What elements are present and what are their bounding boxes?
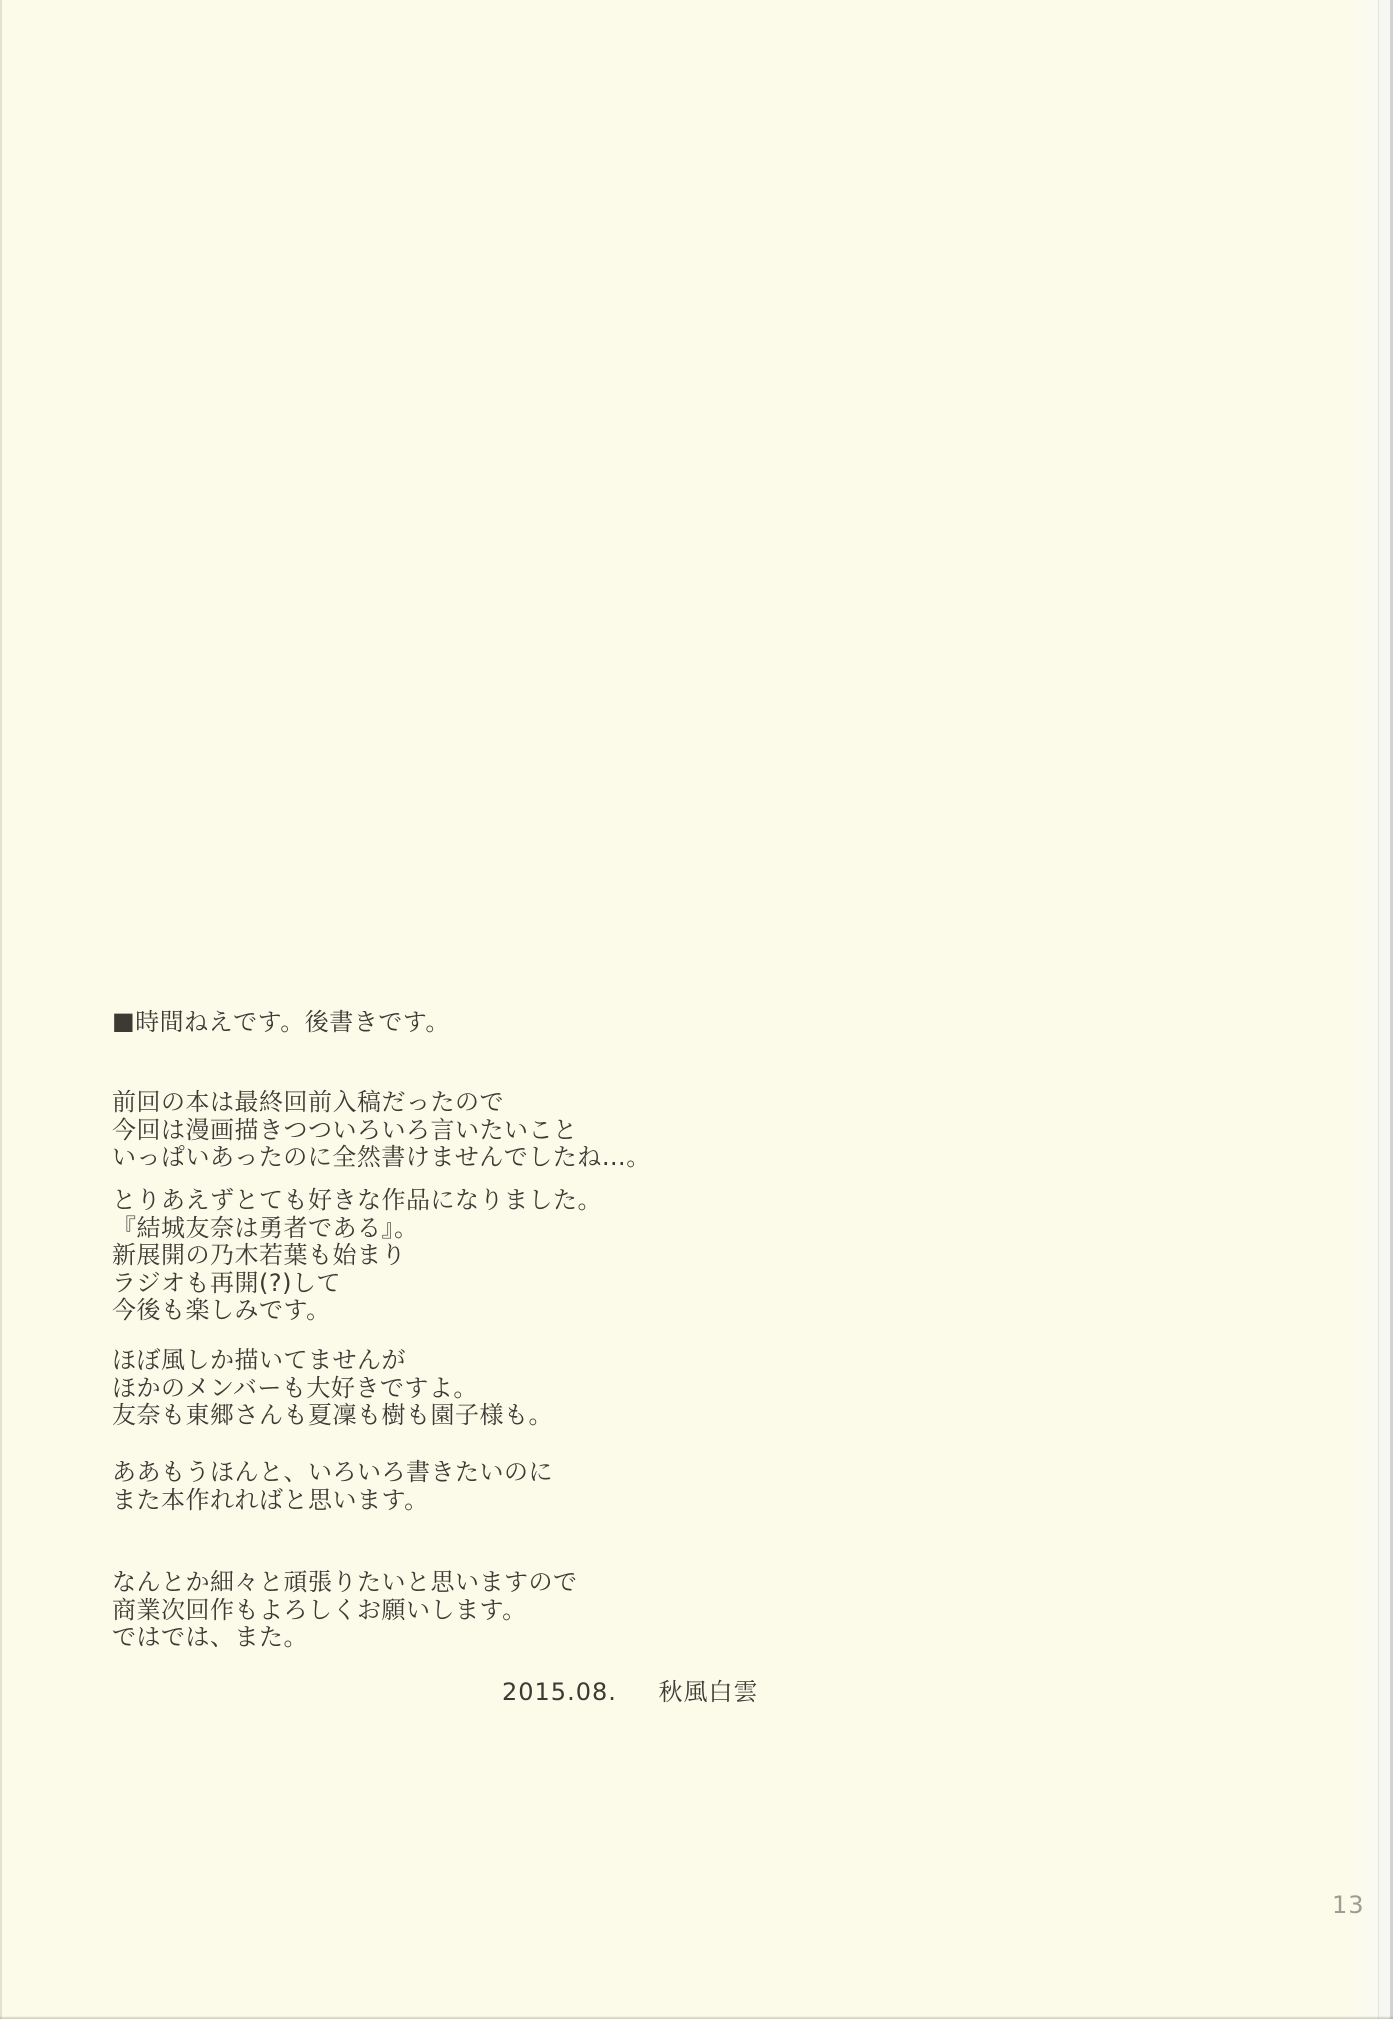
afterword-line: ほかのメンバーも大好きですよ。	[112, 1375, 553, 1403]
signature: 2015.08. 秋風白雲	[502, 1672, 759, 1707]
afterword-line: 新展開の乃木若葉も始まり	[112, 1242, 602, 1270]
afterword-paragraph: ああもうほんと、いろいろ書きたいのに また本作れればと思います。	[112, 1459, 553, 1514]
afterword-heading: ■時間ねえです。後書きです。	[112, 1009, 450, 1037]
afterword-paragraph: とりあえずとても好きな作品になりました。 『結城友奈は勇者である』。 新展開の乃…	[112, 1187, 602, 1325]
afterword-line: 商業次回作もよろしくお願いします。	[112, 1597, 578, 1625]
afterword-line: 前回の本は最終回前入稿だったので	[112, 1089, 651, 1117]
signature-author: 秋風白雲	[659, 1678, 759, 1706]
square-bullet-icon: ■	[112, 1008, 135, 1036]
afterword-line: 今後も楽しみです。	[112, 1297, 602, 1325]
page-edge-fade	[1348, 0, 1378, 2019]
afterword-line: いっぱいあったのに全然書けませんでしたね…。	[112, 1144, 651, 1172]
page-edge-left	[0, 0, 2, 2019]
page-number: 13	[1332, 1891, 1365, 1919]
afterword-line: とりあえずとても好きな作品になりました。	[112, 1187, 602, 1215]
signature-date: 2015.08.	[502, 1678, 617, 1706]
afterword-paragraph: なんとか細々と頑張りたいと思いますので 商業次回作もよろしくお願いします。 では…	[112, 1569, 578, 1652]
afterword-line: ではでは、また。	[112, 1624, 578, 1652]
afterword-line: ああもうほんと、いろいろ書きたいのに	[112, 1459, 553, 1487]
afterword-line: 今回は漫画描きつついろいろ言いたいこと	[112, 1117, 651, 1145]
afterword-line: なんとか細々と頑張りたいと思いますので	[112, 1569, 578, 1597]
afterword-paragraph: 前回の本は最終回前入稿だったので 今回は漫画描きつついろいろ言いたいこと いっぱ…	[112, 1089, 651, 1172]
afterword-line: ほぼ風しか描いてませんが	[112, 1347, 553, 1375]
afterword-line: 友奈も東郷さんも夏凜も樹も園子様も。	[112, 1402, 553, 1430]
afterword-line: ラジオも再開(?)して	[112, 1270, 602, 1298]
afterword-line: また本作れればと思います。	[112, 1487, 553, 1515]
afterword-heading-text: 時間ねえです。後書きです。	[135, 1008, 450, 1036]
afterword-line: 『結城友奈は勇者である』。	[112, 1215, 602, 1243]
afterword-paragraph: ほぼ風しか描いてませんが ほかのメンバーも大好きですよ。 友奈も東郷さんも夏凜も…	[112, 1347, 553, 1430]
